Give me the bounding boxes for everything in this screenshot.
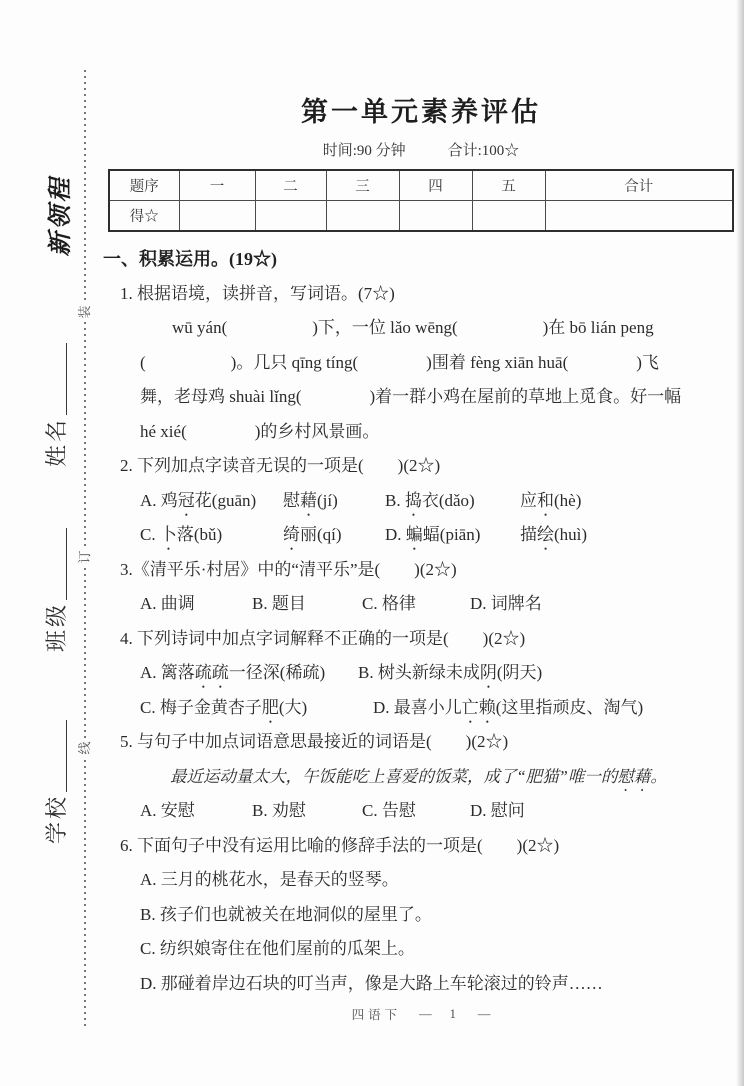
scan-page-edge [736,0,744,1086]
question-4-options-row-1: A. 篱落疏疏一径深(稀疏) B. 树头新绿未成阴(阴天) [140,656,739,691]
option-cell: A. 篱落疏疏一径深(稀疏) [140,656,358,692]
score-header-cell: 题序 [109,170,179,201]
score-header-row: 题序 一 二 三 四 五 合计 [109,170,733,201]
pinyin-line-3: 舞，老母鸡 shuài lǐng( )着一群小鸡在屋前的草地上觅食。好一幅 [140,380,739,415]
questions-content: 一、积累运用。(19☆) 1. 根据语境，读拼音，写词语。(7☆) wū yán… [103,242,739,1001]
section-heading: 一、积累运用。(19☆) [103,242,739,277]
question-2-options-row-2: C. 卜落(bǔ) 绮丽(qí) D. 蝙蝠(piān) 描绘(huì) [140,518,739,553]
pinyin-line-2: ( )。几只 qīng tíng( )围着 fèng xiān huā( )飞 [140,346,739,381]
option-cell: B. 题目 [252,587,362,622]
option-cell: A. 曲调 [140,587,252,622]
option-cell: 描绘(huì) [520,518,739,554]
question-6-stem: 6. 下面句子中没有运用比喻的修辞手法的一项是( )(2☆) [120,829,739,864]
option-cell: D. 蝙蝠(piān) [385,518,520,554]
field-student-name-label: 姓名 [40,417,71,467]
score-cell [399,201,472,232]
binding-char-xian: 线 [75,738,95,758]
footer-page-number: 1 [450,1007,460,1022]
question-3-options: A. 曲调 B. 题目 C. 格律 D. 词牌名 [140,587,739,622]
question-5-stem: 5. 与句子中加点词语意思最接近的词语是( )(2☆) [120,725,739,760]
score-header-cell: 合计 [545,170,733,201]
question-4-options-row-2: C. 梅子金黄杏子肥(大) D. 最喜小儿亡赖(这里指顽皮、淘气) [140,691,739,726]
subtitle-time: 时间:90 分钟 [323,139,406,160]
question-6-option-d: D. 那碰着岸边石块的叮当声，像是大路上车轮滚过的铃声…… [140,967,739,1002]
option-cell: B. 树头新绿未成阴(阴天) [358,656,739,692]
option-cell: A. 鸡冠花(guān) [140,484,283,520]
option-cell: C. 告慰 [362,794,470,829]
score-row-label: 得☆ [109,201,179,232]
score-table: 题序 一 二 三 四 五 合计 得☆ [108,169,734,232]
footer-book-label: 四语下 [352,1005,402,1023]
score-cell [326,201,399,232]
question-5-sentence: 最近运动量太大，午饭能吃上喜爱的饭菜，成了“肥猫”唯一的慰藉。 [170,760,739,795]
score-cell [472,201,545,232]
score-cell [545,201,733,232]
pinyin-line-4: hé xié( )的乡村风景画。 [140,415,739,450]
option-cell: C. 梅子金黄杏子肥(大) [140,691,373,727]
footer-dash-right: — [478,1007,491,1022]
option-cell: B. 捣衣(dǎo) [385,484,520,520]
field-class: 班级 [43,520,71,660]
score-header-cell: 二 [255,170,326,201]
field-student-name: 姓名 [43,335,71,475]
score-cell [255,201,326,232]
option-cell: C. 格律 [362,587,470,622]
page-footer: 四语下 — 1 — [103,1005,739,1023]
brand-logo: 新领程 [46,168,76,264]
question-6-option-b: B. 孩子们也就被关在地洞似的屋里了。 [140,898,739,933]
score-header-cell: 四 [399,170,472,201]
question-3-stem: 3.《清平乐·村居》中的“清平乐”是( )(2☆) [120,553,739,588]
score-header-cell: 三 [326,170,399,201]
field-school-label: 学校 [40,794,71,844]
option-cell: 应和(hè) [520,484,739,520]
binding-char-ding: 订 [75,547,95,567]
binding-char-zhuang: 装 [75,302,95,322]
class-blank-line [66,528,67,600]
name-blank-line [66,343,67,415]
page-title: 第一单元素养评估 [103,90,739,129]
question-2-options-row-1: A. 鸡冠花(guān) 慰藉(jí) B. 捣衣(dǎo) 应和(hè) [140,484,739,519]
option-cell: 绮丽(qí) [283,518,385,554]
field-school: 学校 [43,712,71,852]
score-value-row: 得☆ [109,201,733,232]
score-cell [179,201,255,232]
subtitle-total: 合计:100☆ [448,139,520,160]
option-cell: D. 慰问 [470,794,739,829]
option-cell: C. 卜落(bǔ) [140,518,283,554]
score-header-cell: 一 [179,170,255,201]
option-cell: D. 词牌名 [470,587,739,622]
option-cell: B. 劝慰 [252,794,362,829]
question-6-option-c: C. 纺织娘寄住在他们屋前的瓜架上。 [140,932,739,967]
pinyin-line-1: wū yán( )下，一位 lǎo wēng( )在 bō lián peng [140,311,739,346]
footer-dash-left: — [419,1007,432,1022]
subtitle: 时间:90 分钟 合计:100☆ [103,139,739,160]
field-class-label: 班级 [40,602,71,652]
exam-paper-page: 新领程 装 订 线 姓名 班级 学校 第一单元素养评估 时间:90 分钟 合计:… [0,0,744,1086]
option-cell: D. 最喜小儿亡赖(这里指顽皮、淘气) [373,691,739,727]
question-2-stem: 2. 下列加点字读音无误的一项是( )(2☆) [120,449,739,484]
question-6-option-a: A. 三月的桃花水，是春天的竖琴。 [140,863,739,898]
option-cell: A. 安慰 [140,794,252,829]
score-header-cell: 五 [472,170,545,201]
option-cell: 慰藉(jí) [283,484,385,520]
question-5-options: A. 安慰 B. 劝慰 C. 告慰 D. 慰问 [140,794,739,829]
question-1-stem: 1. 根据语境，读拼音，写词语。(7☆) [120,277,739,312]
school-blank-line [66,720,67,792]
question-4-stem: 4. 下列诗词中加点字词解释不正确的一项是( )(2☆) [120,622,739,657]
